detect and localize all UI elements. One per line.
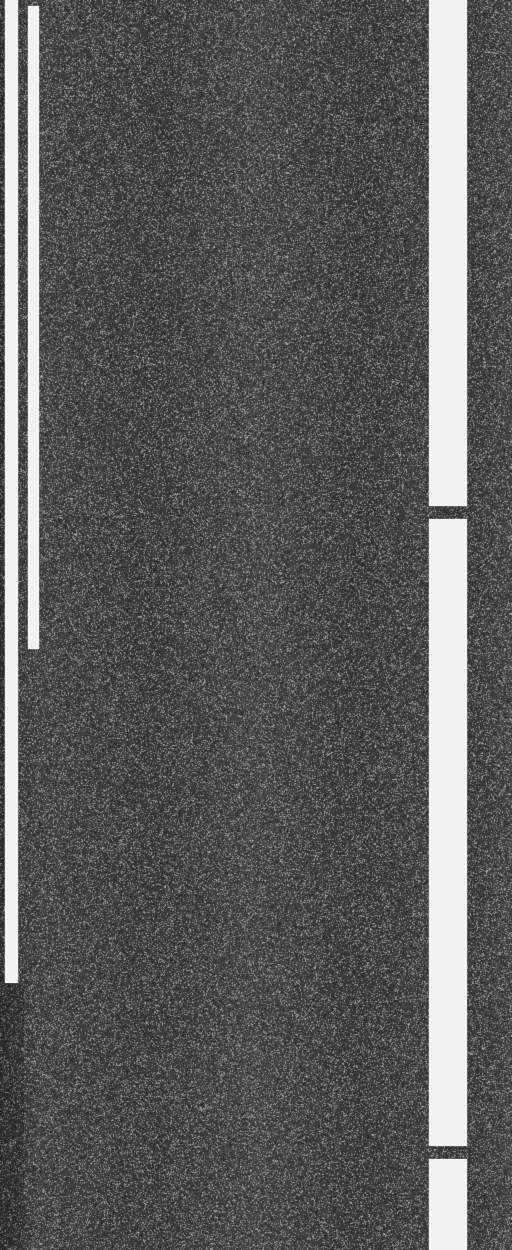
left-inner-line	[28, 6, 39, 649]
road-photo	[0, 0, 512, 1250]
road-shoulder-dark	[4, 983, 24, 1250]
dashed-lane-segment	[429, 1159, 467, 1250]
dashed-lane-segment	[429, 0, 467, 506]
left-solid-edge-line	[5, 0, 18, 983]
dashed-lane-segment	[429, 519, 467, 1146]
